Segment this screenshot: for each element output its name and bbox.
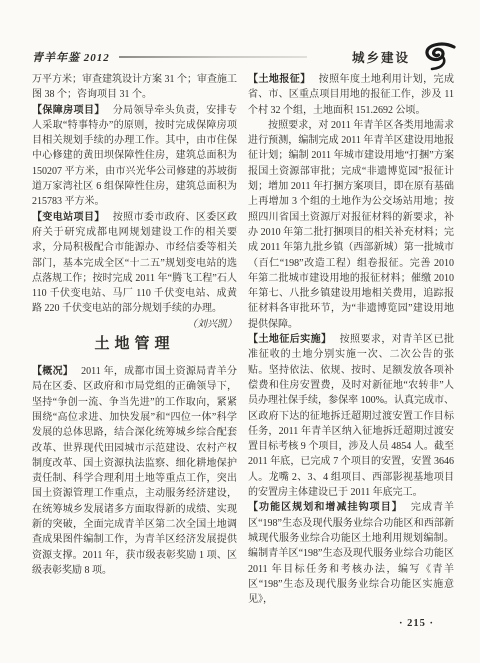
entry-label: 【土地征后实施】 [248, 334, 340, 345]
entry-land-requisition: 【土地报征】按照年度土地利用计划，完成省、市、区重点项目用地的报征工作，涉及 1… [248, 72, 454, 118]
entry-land-requisition-continued: 按照要求，对 2011 年青羊区各类用地需求进行预测，编制完成 2011 年青羊… [248, 118, 454, 332]
entry-substation-project: 【变电站项目】按照市委市政府、区委区政府关于研究成都电网规划建设工作的相关要求，… [32, 210, 237, 317]
entry-post-requisition: 【土地征后实施】按照要求，对青羊区已批准征收的土地分别实施一次、二次公告的张贴。… [248, 332, 454, 500]
entry-text: 2011 年，成都市国土资源局青羊分局在区委、区政府和市局党组的正确领导下，坚持… [32, 366, 237, 576]
entry-text: 完成青羊区“198”生态及现代服务业综合功能区和西部新城现代服务业综合功能区土地… [248, 502, 454, 605]
book-title: 青羊年鉴 2012 [32, 49, 110, 65]
chapter-title: 城乡建设 [352, 48, 410, 66]
yearbook-page: 青羊年鉴 2012 城乡建设 万平方米；审查建筑设计方案 31 个；审查施工图 … [0, 0, 480, 663]
entry-functional-zone-planning: 【功能区规划和增减挂钩项目】完成青羊区“198”生态及现代服务业综合功能区和西部… [248, 500, 454, 607]
entry-text: 按照市委市政府、区委区政府关于研究成都电网规划建设工作的相关要求，分局积极配合市… [32, 212, 237, 315]
page-number: · 215 · [248, 616, 454, 631]
calligraphy-flourish-icon [418, 42, 456, 72]
entry-label: 【变电站项目】 [32, 212, 113, 223]
continuation-paragraph: 万平方米；审查建筑设计方案 31 个；审查施工图 38 个；咨询项目 31 个。 [32, 72, 237, 103]
entry-label: 【土地报征】 [248, 74, 319, 85]
section-heading-land-management: 土地管理 [32, 336, 237, 351]
entry-overview: 【概况】2011 年，成都市国土资源局青羊分局在区委、区政府和市局党组的正确领导… [32, 364, 237, 578]
entry-label: 【保障房项目】 [32, 105, 113, 116]
right-column: 【土地报征】按照年度土地利用计划，完成省、市、区重点项目用地的报征工作，涉及 1… [248, 72, 454, 632]
running-head: 青羊年鉴 2012 城乡建设 [32, 45, 456, 69]
entry-text: 按照要求，对青羊区已批准征收的土地分别实施一次、二次公告的张贴。坚持依法、依规、… [248, 334, 454, 498]
entry-text: 分局领导牵头负责，安排专人采取“特事特办”的原则，按时完成保障房项目相关规划手续… [32, 105, 237, 208]
author-attribution: （刘兴凯） [181, 317, 237, 332]
left-column: 万平方米；审查建筑设计方案 31 个；审查施工图 38 个；咨询项目 31 个。… [32, 72, 237, 578]
header-rule [119, 56, 307, 58]
entry-housing-project: 【保障房项目】分局领导牵头负责，安排专人采取“特事特办”的原则，按时完成保障房项… [32, 103, 237, 210]
entry-label: 【概况】 [32, 366, 81, 377]
entry-label: 【功能区规划和增减挂钩项目】 [248, 502, 411, 513]
